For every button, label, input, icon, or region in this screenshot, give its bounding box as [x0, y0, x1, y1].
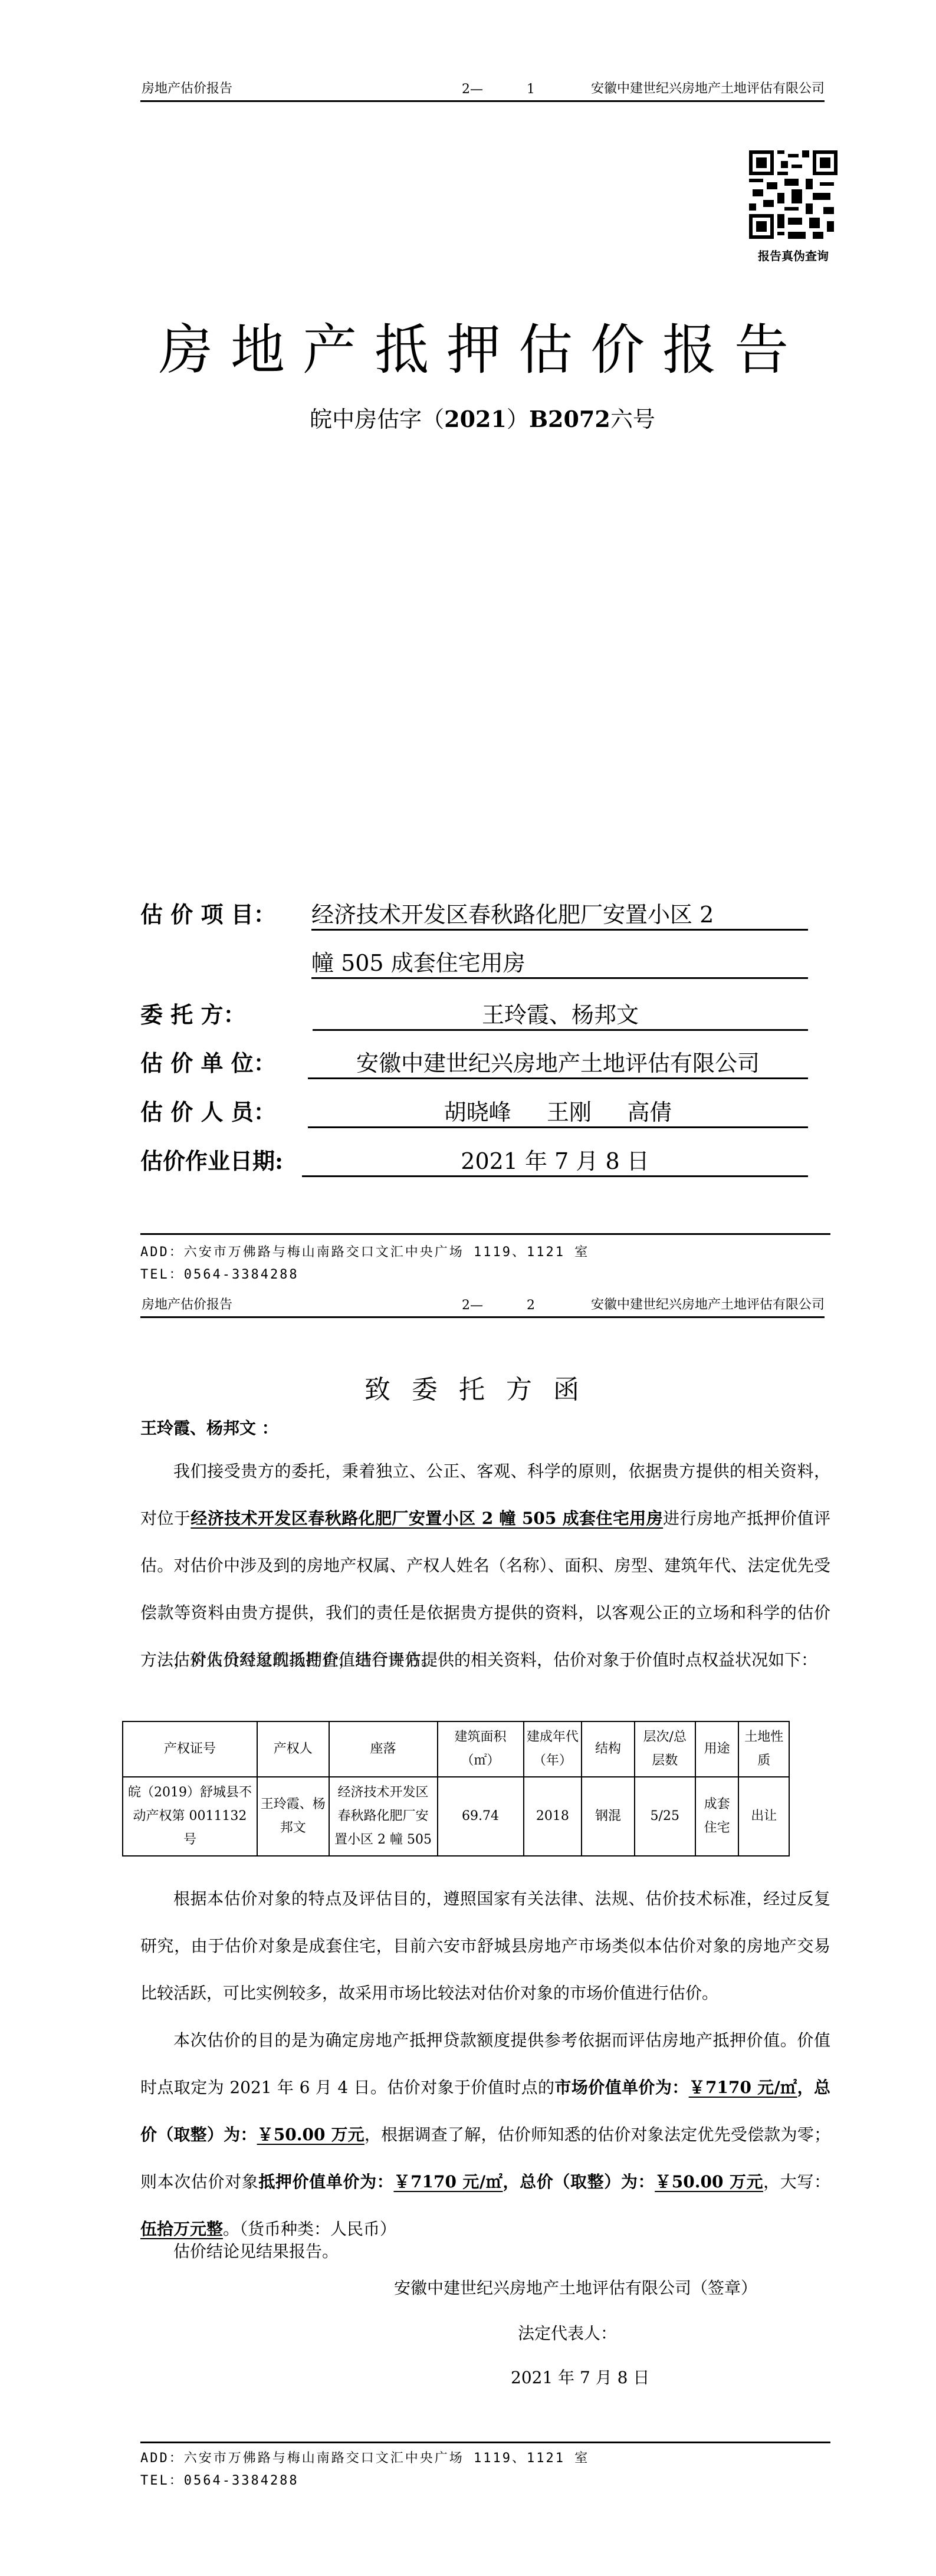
- letter-paragraph-4: 本次估价的目的是为确定房地产抵押贷款额度提供参考依据而评估房地产抵押价值。价值时…: [140, 2017, 830, 2253]
- cell-owner: 王玲霞、杨邦文: [257, 1777, 329, 1856]
- report-number-prefix: 皖中房估字（: [310, 406, 444, 432]
- header-page-number: 2: [527, 1298, 535, 1313]
- header-report-name: 房地产估价报告: [142, 78, 232, 97]
- text: 抵押价值单价为：: [258, 2172, 393, 2191]
- report-title: 房地产抵押估价报告: [140, 307, 825, 385]
- report-number-year: 2021: [444, 406, 507, 432]
- page-header-2: 房地产估价报告 2— 2 安徽中建世纪兴房地产土地评估有限公司: [140, 1293, 825, 1318]
- report-number-bracket: ）: [507, 406, 529, 432]
- header-report-name: 房地产估价报告: [142, 1294, 232, 1313]
- header-company: 安徽中建世纪兴房地产土地评估有限公司: [591, 78, 825, 97]
- col-area: 建筑面积（㎡）: [438, 1721, 524, 1777]
- signature-legal-rep: 法定代表人：: [518, 2321, 617, 2344]
- field-label-project: 估 价 项 目：: [140, 896, 276, 929]
- footer-divider: [140, 2442, 830, 2443]
- header-page-prefix: 2—: [462, 82, 483, 97]
- col-land-nature: 土地性质: [738, 1721, 789, 1777]
- page-header: 房地产估价报告 2— 1 安徽中建世纪兴房地产土地评估有限公司: [140, 77, 825, 102]
- col-structure: 结构: [582, 1721, 634, 1777]
- field-label-appraisers: 估 价 人 员：: [140, 1094, 276, 1126]
- col-owner: 产权人: [257, 1721, 329, 1777]
- table-row: 皖（2019）舒城县不动产权第 0011132 号 王玲霞、杨邦文 经济技术开发…: [123, 1777, 789, 1856]
- field-value-work-date: 2021 年 7 月 8 日: [302, 1143, 808, 1177]
- text: ，大写：: [763, 2172, 830, 2191]
- qr-code-icon[interactable]: [749, 150, 838, 239]
- cell-area: 69.74: [438, 1777, 524, 1856]
- report-number-code: B2072: [529, 406, 610, 432]
- footer-divider: [140, 1233, 830, 1235]
- mortgage-total-price: ￥50.00 万元: [655, 2172, 763, 2191]
- text: 市场价值单价为：: [554, 2078, 688, 2097]
- footer-address: ADD：六安市万佛路与梅山南路交口文汇中央广场 1119、1121 室: [140, 1241, 589, 1264]
- cell-use: 成套住宅: [695, 1777, 739, 1856]
- col-cert-no: 产权证号: [123, 1721, 257, 1777]
- market-unit-price: ￥7170 元/㎡: [689, 2078, 797, 2097]
- header-page-prefix: 2—: [462, 1298, 483, 1313]
- field-value-appraiser-org: 安徽中建世纪兴房地产土地评估有限公司: [308, 1045, 808, 1079]
- cell-location: 经济技术开发区春秋路化肥厂安置小区 2 幢 505: [329, 1777, 438, 1856]
- cell-cert-no: 皖（2019）舒城县不动产权第 0011132 号: [123, 1777, 257, 1856]
- signature-company: 安徽中建世纪兴房地产土地评估有限公司（签章）: [394, 2275, 757, 2299]
- qr-label: 报告真伪查询: [749, 247, 838, 264]
- cell-year: 2018: [524, 1777, 582, 1856]
- letter-salutation: 王玲霞、杨邦文 ：: [140, 1415, 278, 1439]
- letter-paragraph-3: 根据本估价对象的特点及评估目的，遵照国家有关法律、法规、估价技术标准，经过反复研…: [140, 1875, 830, 2017]
- field-value-client: 王玲霞、杨邦文: [313, 997, 808, 1031]
- letter-title: 致委托方函: [140, 1368, 825, 1406]
- col-year: 建成年代（年）: [524, 1721, 582, 1777]
- market-total-price: ￥50.00 万元: [257, 2125, 364, 2144]
- field-value-project-line2: 幢 505 成套住宅用房: [311, 945, 808, 979]
- signature-date: 2021 年 7 月 8 日: [511, 2365, 649, 2388]
- footer-address: ADD：六安市万佛路与梅山南路交口文汇中央广场 1119、1121 室: [140, 2447, 589, 2470]
- letter-paragraph-2: 估价人员经过现场勘查，结合贵方提供的相关资料，估价对象于价值时点权益状况如下：: [140, 1637, 830, 1684]
- header-page-number: 1: [527, 82, 535, 97]
- footer-tel: TEL：0564-3384288: [140, 1264, 299, 1286]
- col-location: 座落: [329, 1721, 438, 1777]
- field-label-client: 委 托 方：: [140, 997, 245, 1029]
- report-number-suffix: 六号: [610, 406, 655, 432]
- header-company: 安徽中建世纪兴房地产土地评估有限公司: [591, 1294, 825, 1313]
- property-table: 产权证号 产权人 座落 建筑面积（㎡） 建成年代（年） 结构 层次/总层数 用途…: [122, 1721, 790, 1857]
- mortgage-unit-price: ￥7170 元/㎡: [393, 2172, 503, 2191]
- text: ，总价（取整）为：: [503, 2172, 655, 2191]
- cell-land-nature: 出让: [738, 1777, 789, 1856]
- field-value-appraisers: 胡晓峰 王刚 高倩: [308, 1094, 808, 1128]
- field-label-appraiser-org: 估 价 单 位：: [140, 1045, 276, 1077]
- field-label-work-date: 估价作业日期:: [140, 1143, 283, 1175]
- field-value-project-line1: 经济技术开发区春秋路化肥厂安置小区 2: [311, 896, 808, 931]
- report-number: 皖中房估字（2021）B2072六号: [140, 401, 825, 433]
- footer-tel: TEL：0564-3384288: [140, 2470, 299, 2492]
- cell-structure: 钢混: [582, 1777, 634, 1856]
- cell-floor: 5/25: [635, 1777, 695, 1856]
- table-header-row: 产权证号 产权人 座落 建筑面积（㎡） 建成年代（年） 结构 层次/总层数 用途…: [123, 1721, 789, 1777]
- property-address: 经济技术开发区春秋路化肥厂安置小区 2 幢 505 成套住宅用房: [191, 1509, 663, 1528]
- col-use: 用途: [695, 1721, 739, 1777]
- letter-paragraph-5: 估价结论见结果报告。: [140, 2228, 830, 2275]
- col-floor: 层次/总层数: [635, 1721, 695, 1777]
